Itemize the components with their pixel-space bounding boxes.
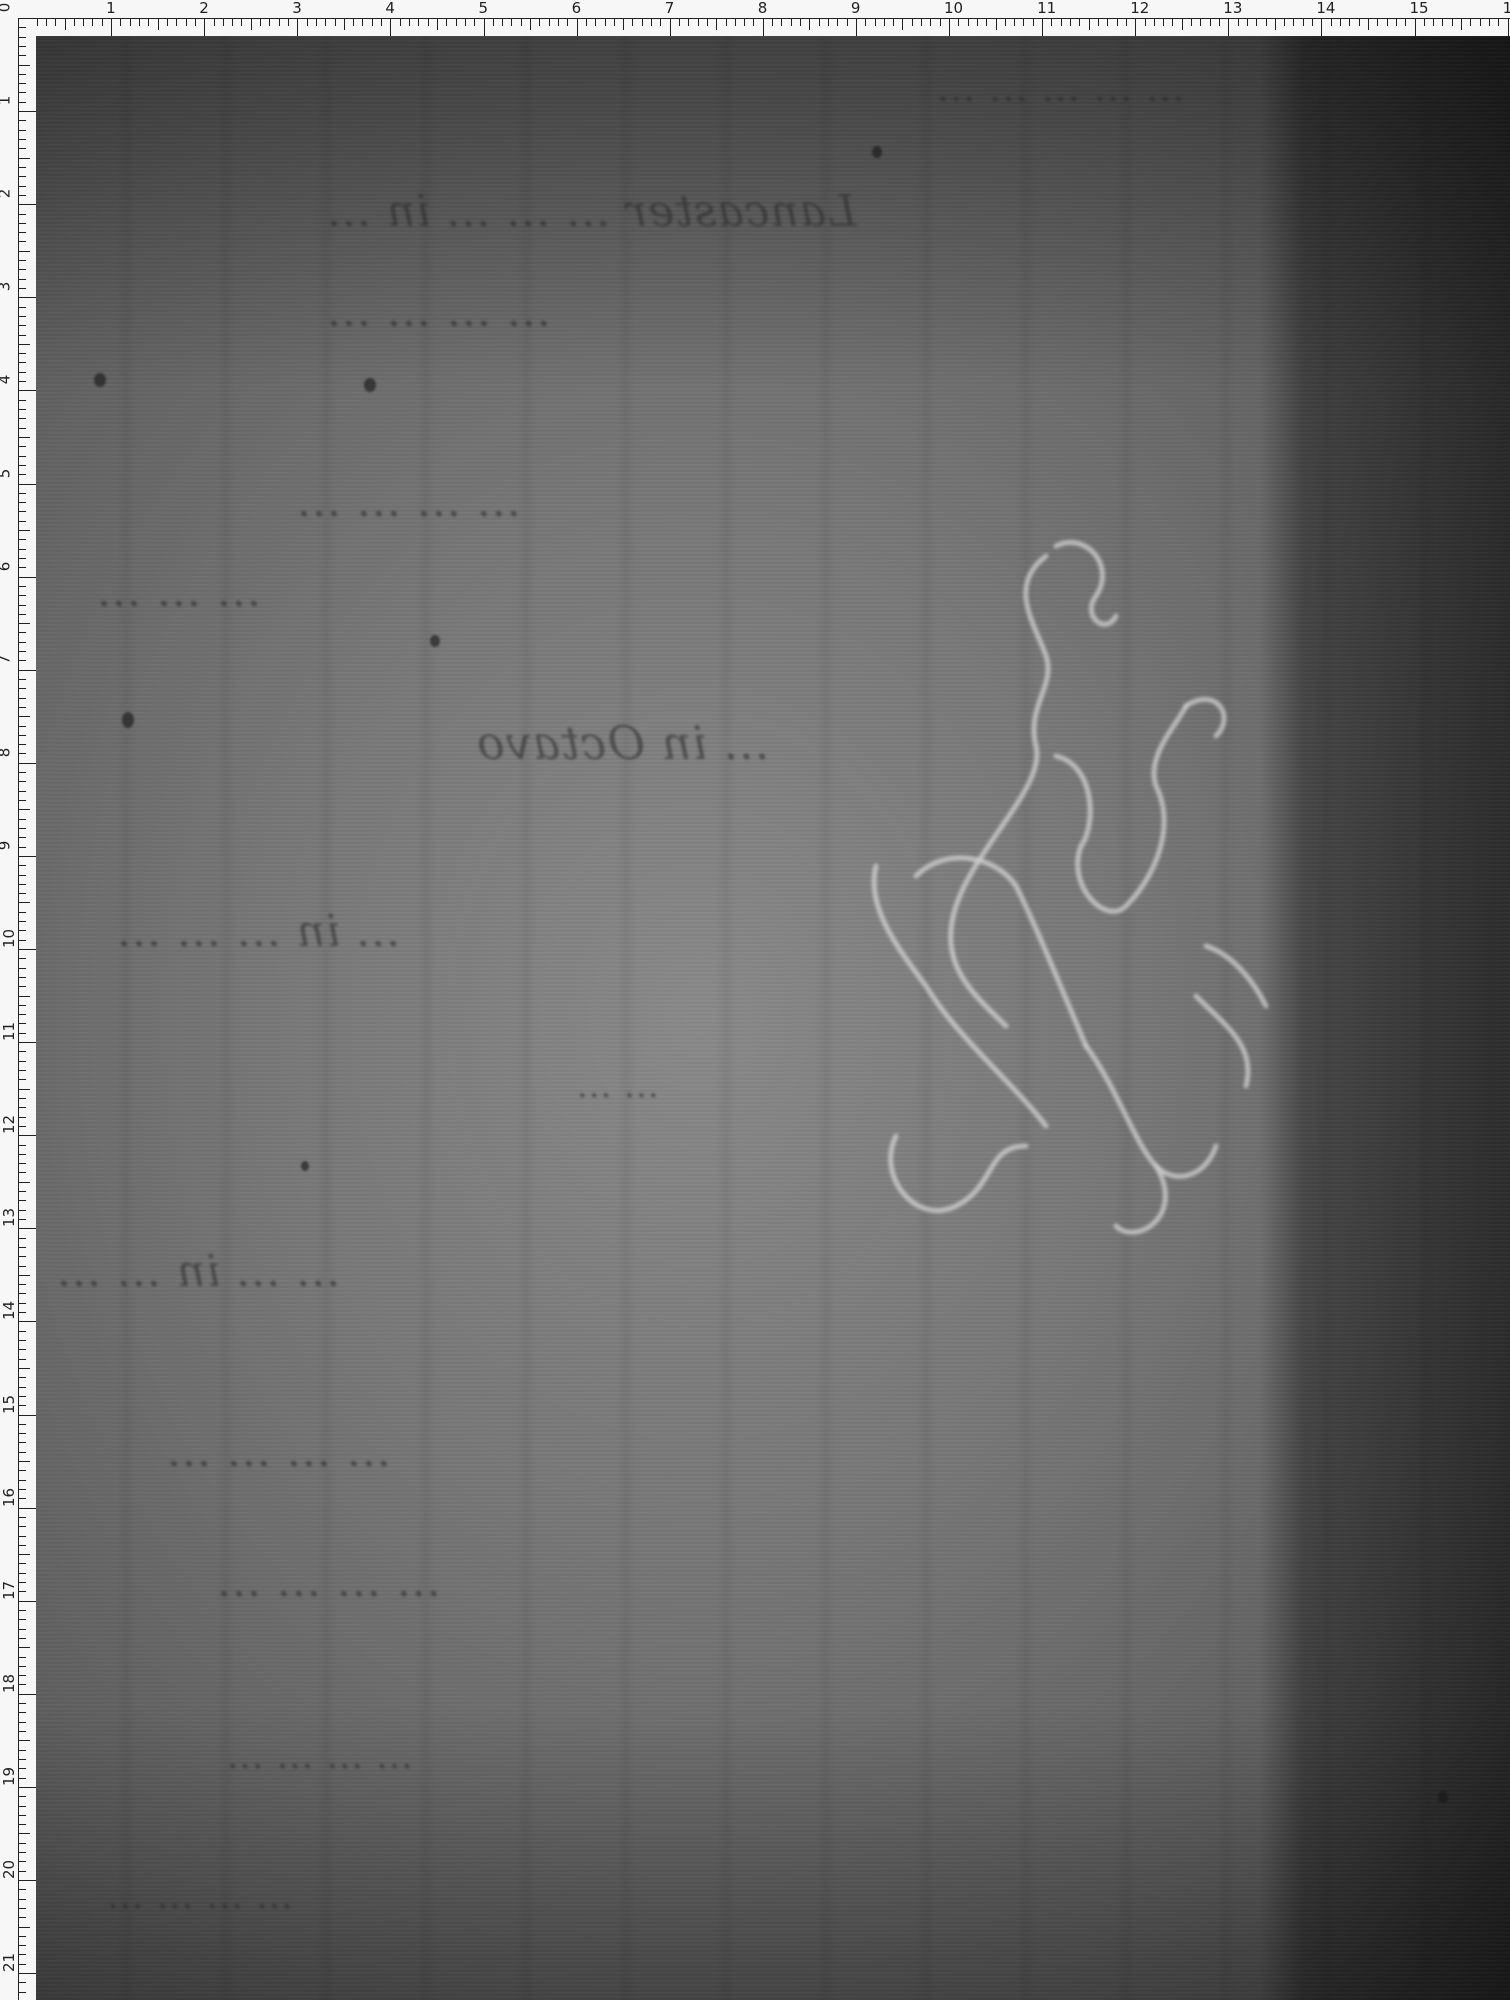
ruler-tick [158,18,159,30]
ruler-tick [1480,18,1481,26]
ruler-tick [288,18,289,26]
ruler-tick [18,316,26,317]
ruler-tick [18,735,26,736]
ruler-tick [735,18,736,26]
ruler-tick [18,1647,30,1648]
ruler-tick [18,1526,26,1527]
ruler-tick [1377,18,1378,26]
ruler-tick [18,856,36,857]
ruler-tick [18,1703,26,1704]
ruler-tick [539,18,540,26]
ruler-tick [18,325,26,326]
ruler-tick [1200,18,1201,26]
watermark-figure-icon [856,526,1276,1256]
ruler-label: 15 [1410,1,1429,16]
ruler-tick [1368,18,1369,30]
ruler-tick [18,660,26,661]
ruler-tick [1321,18,1322,36]
ruler-tick [18,1908,26,1909]
ruler-tick [18,390,36,391]
ruler-tick [1498,18,1499,26]
ruler-tick [18,502,26,503]
ruler-tick [614,18,615,26]
ruler-tick [214,18,215,26]
ruler-tick [18,1954,26,1955]
ruler-tick [18,977,26,978]
ruler-label: 3 [0,282,12,292]
ruler-tick [1079,18,1080,26]
ruler-tick [18,679,26,680]
ruler-tick [18,530,30,531]
ruler-tick [1089,18,1090,30]
text-line: Lancaster ... ... ... in ... [326,186,856,237]
ruler-tick [325,18,326,26]
ruler-tick [18,1238,26,1239]
ruler-tick [18,865,26,866]
text-line: ... ... [576,1066,659,1106]
ruler-tick [18,819,26,820]
ruler-label: 1 [0,96,12,106]
ruler-tick [1023,18,1024,26]
text-line: ... ... ... ... [296,476,521,527]
ruler-tick [1070,18,1071,26]
ruler-tick [1442,18,1443,26]
ruler-tick [1359,18,1360,26]
ruler-tick [18,1992,26,1993]
ruler-tick [18,1061,26,1062]
ruler-tick [18,1824,26,1825]
ruler-tick [18,1684,26,1685]
ruler-tick [1349,18,1350,26]
ruler-tick [474,18,475,26]
ruler-tick [670,18,671,36]
ruler-tick [1405,18,1406,26]
ruler-tick [1191,18,1192,26]
ruler-tick [297,18,298,36]
ruler-tick [18,1852,26,1853]
ruler-tick [930,18,931,26]
ruler-tick [18,1880,36,1881]
ruler-tick [18,1806,26,1807]
ruler-tick [791,18,792,26]
ruler-tick [18,753,26,754]
ruler-tick [18,1228,36,1229]
ruler-tick [18,1489,26,1490]
ruler-tick [18,940,26,941]
ruler-label: 20 [2,1860,17,1879]
ruler-tick [18,902,30,903]
ruler-tick [18,18,36,19]
ruler-tick [18,74,26,75]
ruler-tick [18,1843,26,1844]
ruler-tick [18,27,26,28]
ruler-tick [530,18,531,30]
ruler-tick [18,1545,26,1546]
ruler-tick [772,18,773,26]
ruler-tick [18,214,26,215]
ruler-tick [1275,18,1276,30]
ruler-tick [18,344,30,345]
ruler-tick [18,1079,26,1080]
ruler-tick [18,456,26,457]
ruler-tick [902,18,903,30]
ruler-tick [18,595,26,596]
text-line: ... ... in ... ... [56,1246,340,1297]
ruler-tick [18,614,26,615]
ruler-label: 15 [2,1394,17,1413]
ruler-label: 1 [106,1,116,16]
ruler-label: 1 [1503,1,1510,16]
ruler-label: 10 [2,929,17,948]
ruler-tick [18,670,36,671]
ruler-tick [18,65,30,66]
ruler-tick [623,18,624,30]
ruler-tick [605,18,606,26]
ink-spot [1438,1791,1448,1803]
ruler-tick [18,1163,26,1164]
ruler-tick [18,46,26,47]
ruler-tick [1470,18,1471,26]
ruler-tick [18,577,36,578]
ruler-tick [18,1321,36,1322]
ruler-tick [18,1293,26,1294]
ruler-tick [18,1778,26,1779]
ruler-tick [18,1349,26,1350]
ruler-label: 14 [2,1301,17,1320]
ruler-tick [18,269,26,270]
ruler-tick [46,18,47,26]
ruler-tick [800,18,801,26]
ruler-tick [977,18,978,26]
ruler-tick [940,18,941,26]
ruler-tick [18,1172,26,1173]
ruler-tick [18,1368,30,1369]
ruler-tick [18,1200,26,1201]
ruler-tick [241,18,242,26]
ruler-tick [18,828,26,829]
ruler-tick [18,1154,26,1155]
ruler-tick [362,18,363,26]
ruler-tick [18,428,26,429]
ruler-tick [968,18,969,26]
ruler-tick [698,18,699,26]
ruler-tick [1293,18,1294,26]
ruler-tick [763,18,764,36]
ruler-tick [204,18,205,36]
ruler-tick [316,18,317,26]
ruler-tick [921,18,922,26]
ruler-tick [18,986,26,987]
ruler-tick [18,1740,30,1741]
ruler-tick [18,809,30,810]
ruler-tick [18,744,26,745]
ruler-tick [18,1415,36,1416]
ruler-tick [958,18,959,26]
ruler-tick [18,1917,26,1918]
ruler-tick [18,1722,26,1723]
ruler-label: 5 [479,1,489,16]
ruler-label: 3 [292,1,302,16]
ruler-label: 13 [1223,1,1242,16]
ruler-tick [1312,18,1313,26]
ruler-tick [18,1051,26,1052]
ruler-tick [875,18,876,26]
ruler-tick [167,18,168,26]
ruler-tick [884,18,885,26]
ruler-tick [18,549,26,550]
ruler-tick [18,837,26,838]
ruler-label: 9 [851,1,861,16]
ruler-tick [18,353,26,354]
ruler-tick [1126,18,1127,26]
ruler-tick [18,335,26,336]
ruler-tick [18,1610,26,1611]
ruler-tick [18,1312,26,1313]
ruler-label: 6 [0,561,12,571]
ruler-tick [18,1582,26,1583]
ruler-tick [18,1498,26,1499]
ruler-tick [18,781,26,782]
ruler-label: 2 [199,1,209,16]
ruler-tick [18,930,26,931]
ruler-tick [18,1973,36,1974]
ruler-tick [1145,18,1146,26]
ruler-tick [18,875,26,876]
ruler-tick [18,1033,26,1034]
ruler-tick [18,372,26,373]
ruler-tick [18,1442,26,1443]
ruler-tick [18,1861,26,1862]
ruler-tick [18,1982,26,1983]
ruler-tick [18,1107,26,1108]
ruler-tick [1182,18,1183,30]
ruler-tick [18,1042,36,1043]
ruler-tick [18,949,36,950]
ruler-tick [18,726,26,727]
ruler-tick [18,1480,26,1481]
ruler-label: 0 [0,3,12,13]
text-line: ... ... ... ... [226,1736,413,1777]
ruler-tick [18,260,26,261]
ruler-tick [18,772,26,773]
ruler-tick [18,1135,36,1136]
ruler-tick [18,1759,26,1760]
ruler-tick [1042,18,1043,36]
ruler-tick [1452,18,1453,26]
ruler-tick [18,148,26,149]
ruler-tick [18,1023,26,1024]
ruler-top: 01234567891011121314151 [0,0,1510,36]
ruler-tick [18,884,26,885]
ruler-tick [307,18,308,26]
ruler-tick [18,586,26,587]
ruler-tick [18,1275,30,1276]
ruler-tick [18,605,26,606]
ruler-tick [549,18,550,26]
ruler-tick [139,18,140,26]
ruler-tick [18,1601,36,1602]
ruler-tick [1396,18,1397,26]
ruler-tick [18,1145,26,1146]
ruler-tick [1424,18,1425,26]
ruler-tick [18,1731,26,1732]
ruler-tick [18,279,26,280]
ruler-label: 21 [2,1953,17,1972]
ruler-tick [18,1387,26,1388]
ruler-tick [18,1619,26,1620]
ruler-tick [390,18,391,36]
ruler-tick [809,18,810,30]
ruler-tick [1303,18,1304,26]
ruler-tick [1163,18,1164,26]
ruler-tick [1051,18,1052,26]
ruler-label: 8 [0,748,12,758]
ruler-tick [372,18,373,26]
ruler-tick [586,18,587,26]
ruler-tick [642,18,643,26]
ink-spot [364,378,376,392]
ruler-tick [18,1126,26,1127]
ruler-tick [1219,18,1220,26]
ruler-tick [279,18,280,26]
ruler-tick [18,111,36,112]
ink-spot [430,635,440,647]
ruler-tick [688,18,689,26]
ruler-tick [856,18,857,36]
ruler-tick [400,18,401,26]
ruler-tick [18,1433,26,1434]
ruler-tick [18,1089,30,1090]
ruler-label: 5 [0,468,12,478]
ruler-tick [18,1247,26,1248]
ruler-tick [18,558,26,559]
ruler-tick [18,195,26,196]
ruler-tick [18,1629,26,1630]
ruler-tick [18,1377,26,1378]
ruler-tick [418,18,419,26]
ruler-label: 10 [944,1,963,16]
ruler-tick [456,18,457,26]
ruler-tick [18,223,26,224]
ruler-tick [716,18,717,30]
ruler-label: 9 [0,841,12,851]
ruler-tick [18,921,26,922]
ruler-tick [18,1014,26,1015]
ruler-tick [18,539,26,540]
ruler-label: 13 [2,1208,17,1227]
ruler-tick [18,1424,26,1425]
ruler-tick [18,1657,26,1658]
ruler-tick [493,18,494,26]
ruler-tick [18,1508,36,1509]
ruler-tick [567,18,568,26]
ruler-tick [83,18,84,26]
ruler-tick [18,362,26,363]
ruler-tick [251,18,252,30]
ruler-tick [18,186,26,187]
ruler-tick [893,18,894,26]
ruler-tick [1238,18,1239,26]
ruler-tick [18,1256,26,1257]
ruler-tick [18,1796,26,1797]
ruler-tick [381,18,382,26]
ruler-tick [111,18,112,36]
ruler-tick [18,1889,26,1890]
ruler-tick [865,18,866,26]
ruler-label: 4 [385,1,395,16]
ruler-tick [18,1694,36,1695]
text-line: ... ... ... ... ... [936,66,1185,110]
ruler-tick [18,1303,26,1304]
ruler-tick [1331,18,1332,26]
ruler-tick [92,18,93,26]
ruler-tick [18,968,26,969]
text-line: ... ... ... ... [326,286,551,337]
ruler-tick [837,18,838,26]
ruler-tick [707,18,708,26]
ink-spot [94,373,106,387]
ruler-tick [18,251,30,252]
ruler-tick [18,176,26,177]
ruler-tick [18,1899,26,1900]
ruler-tick [18,130,26,131]
ruler-tick [726,18,727,26]
ruler-tick [18,1284,26,1285]
ruler-tick [18,800,26,801]
ink-spot [872,146,882,158]
ruler-tick [1266,18,1267,26]
ruler-label: 17 [2,1581,17,1600]
ruler-tick [1210,18,1211,26]
ruler-tick [74,18,75,26]
ruler-tick [18,484,36,485]
ruler-label: 18 [2,1674,17,1693]
ruler-tick [18,1517,26,1518]
ruler-tick [176,18,177,26]
ruler-tick [484,18,485,36]
ruler-tick [18,381,26,382]
ruler-label: 7 [0,654,12,664]
ruler-tick [18,1536,26,1537]
ruler-tick [437,18,438,30]
ruler-tick [465,18,466,26]
ruler-tick [577,18,578,36]
ruler-tick [18,139,26,140]
ruler-tick [1098,18,1099,26]
ruler-tick [18,1191,26,1192]
ruler-tick [428,18,429,26]
ruler-tick [18,288,26,289]
ruler-tick [18,1359,26,1360]
ruler-tick [18,632,26,633]
ruler-tick [65,18,66,30]
ruler-tick [558,18,559,26]
ruler-tick [819,18,820,26]
ruler-tick [18,1470,26,1471]
ruler-tick [18,55,26,56]
ruler-tick [949,18,950,36]
ruler-tick [18,1266,26,1267]
ruler-tick [1135,18,1136,36]
ruler-label: 12 [1130,1,1149,16]
ruler-tick [18,1182,30,1183]
ruler-tick [828,18,829,26]
ruler-tick [18,1833,30,1834]
ruler-tick [18,1005,26,1006]
ruler-tick [18,1638,26,1639]
ruler-tick [18,1573,26,1574]
ruler-tick [195,18,196,26]
